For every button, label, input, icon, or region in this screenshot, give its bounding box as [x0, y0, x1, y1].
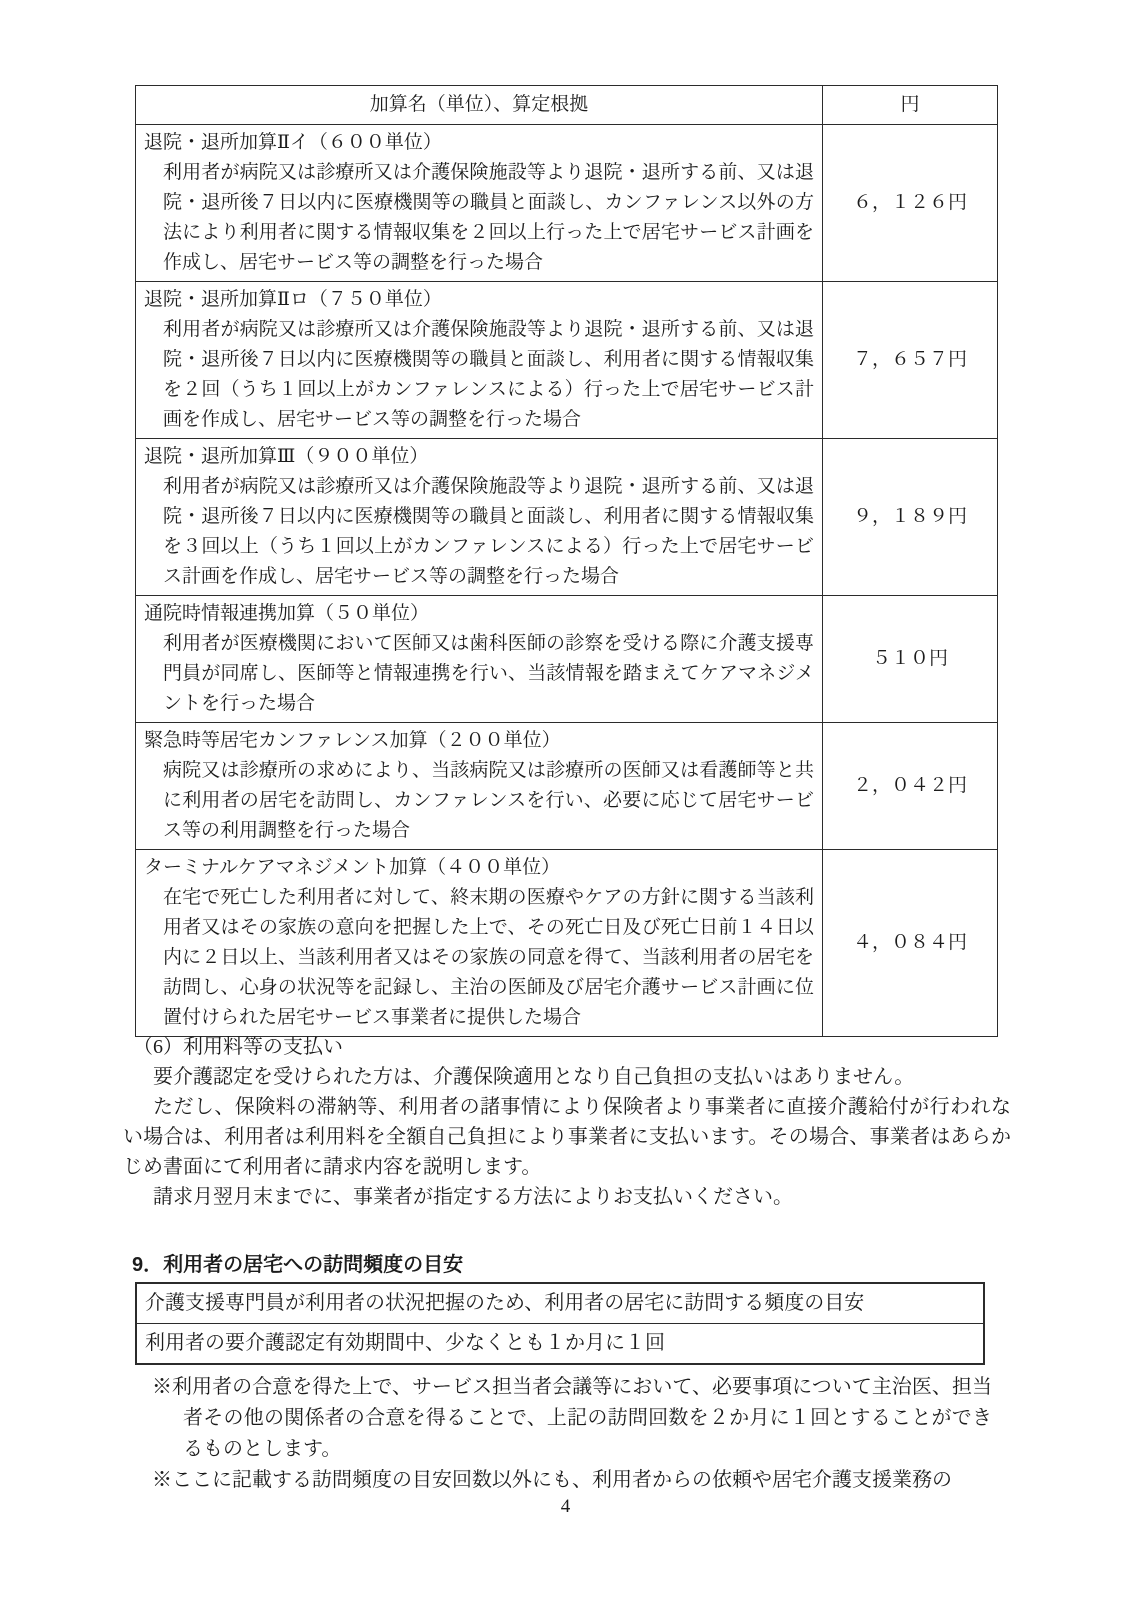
- fee-table: 加算名（単位）、算定根拠 円 退院・退所加算Ⅱイ（６００単位） 利用者が病院又は…: [135, 85, 998, 1037]
- fee-row-amount: ９，１８９円: [823, 439, 998, 596]
- fee-row-title: 退院・退所加算Ⅱイ（６００単位）: [144, 128, 814, 158]
- table-row: 退院・退所加算Ⅱイ（６００単位） 利用者が病院又は診療所又は介護保険施設等より退…: [136, 125, 998, 282]
- fee-table-header-row: 加算名（単位）、算定根拠 円: [136, 86, 998, 125]
- document-page: 加算名（単位）、算定根拠 円 退院・退所加算Ⅱイ（６００単位） 利用者が病院又は…: [0, 0, 1131, 1600]
- fee-row-amount: ４，０８４円: [823, 850, 998, 1037]
- visit-notes: ※利用者の合意を得た上で、サービス担当者会議等において、必要事項について主治医、…: [152, 1372, 992, 1496]
- fee-row-title: 通院時情報連携加算（５０単位）: [144, 599, 814, 629]
- fee-row-title: 退院・退所加算Ⅱロ（７５０単位）: [144, 285, 814, 315]
- fee-row-amount: ７，６５７円: [823, 282, 998, 439]
- visit-guideline-row: 介護支援専門員が利用者の状況把握のため、利用者の居宅に訪問する頻度の目安: [137, 1284, 983, 1323]
- fee-row-title: 退院・退所加算Ⅲ（９００単位）: [144, 442, 814, 472]
- table-row: 退院・退所加算Ⅲ（９００単位） 利用者が病院又は診療所又は介護保険施設等より退院…: [136, 439, 998, 596]
- payment-section-heading: （6）利用料等の支払い: [133, 1032, 1011, 1062]
- payment-section-body: 要介護認定を受けられた方は、介護保険適用となり自己負担の支払いはありません。 た…: [123, 1062, 1011, 1212]
- fee-table-header-name: 加算名（単位）、算定根拠: [136, 86, 823, 125]
- table-row: 緊急時等居宅カンファレンス加算（２００単位） 病院又は診療所の求めにより、当該病…: [136, 723, 998, 850]
- fee-row-description: 在宅で死亡した利用者に対して、終末期の医療やケアの方針に関する当該利用者又はその…: [163, 883, 814, 1033]
- visit-guideline-table: 介護支援専門員が利用者の状況把握のため、利用者の居宅に訪問する頻度の目安 利用者…: [135, 1282, 985, 1365]
- fee-row-description: 利用者が病院又は診療所又は介護保険施設等より退院・退所する前、又は退院・退所後７…: [163, 315, 814, 435]
- note-item: ※利用者の合意を得た上で、サービス担当者会議等において、必要事項について主治医、…: [152, 1372, 992, 1465]
- visit-guideline-row: 利用者の要介護認定有効期間中、少なくとも１か月に１回: [137, 1323, 983, 1363]
- fee-row-description: 利用者が医療機関において医師又は歯科医師の診察を受ける際に介護支援専門員が同席し…: [163, 629, 814, 719]
- payment-paragraph: ただし、保険料の滞納等、利用者の諸事情により保険者より事業者に直接介護給付が行わ…: [123, 1092, 1011, 1182]
- visit-section-heading: 9．利用者の居宅への訪問頻度の目安: [132, 1248, 463, 1277]
- fee-row-description: 病院又は診療所の求めにより、当該病院又は診療所の医師又は看護師等と共に利用者の居…: [163, 756, 814, 846]
- fee-row-amount: ６，１２６円: [823, 125, 998, 282]
- fee-row-amount: ２，０４２円: [823, 723, 998, 850]
- fee-row-description: 利用者が病院又は診療所又は介護保険施設等より退院・退所する前、又は退院・退所後７…: [163, 158, 814, 278]
- fee-row-description: 利用者が病院又は診療所又は介護保険施設等より退院・退所する前、又は退院・退所後７…: [163, 472, 814, 592]
- table-row: 退院・退所加算Ⅱロ（７５０単位） 利用者が病院又は診療所又は介護保険施設等より退…: [136, 282, 998, 439]
- fee-row-title: 緊急時等居宅カンファレンス加算（２００単位）: [144, 726, 814, 756]
- payment-paragraph: 要介護認定を受けられた方は、介護保険適用となり自己負担の支払いはありません。: [123, 1062, 1011, 1092]
- fee-table-header-unit: 円: [823, 86, 998, 125]
- page-number: 4: [0, 1496, 1131, 1518]
- table-row: ターミナルケアマネジメント加算（４００単位） 在宅で死亡した利用者に対して、終末…: [136, 850, 998, 1037]
- note-item: ※ここに記載する訪問頻度の目安回数以外にも、利用者からの依頼や居宅介護支援業務の: [152, 1465, 992, 1496]
- fee-table-container: 加算名（単位）、算定根拠 円 退院・退所加算Ⅱイ（６００単位） 利用者が病院又は…: [135, 85, 997, 1037]
- fee-row-amount: ５１０円: [823, 596, 998, 723]
- payment-section: （6）利用料等の支払い 要介護認定を受けられた方は、介護保険適用となり自己負担の…: [123, 1032, 1011, 1212]
- payment-paragraph: 請求月翌月末までに、事業者が指定する方法によりお支払いください。: [123, 1182, 1011, 1212]
- table-row: 通院時情報連携加算（５０単位） 利用者が医療機関において医師又は歯科医師の診察を…: [136, 596, 998, 723]
- fee-row-title: ターミナルケアマネジメント加算（４００単位）: [144, 853, 814, 883]
